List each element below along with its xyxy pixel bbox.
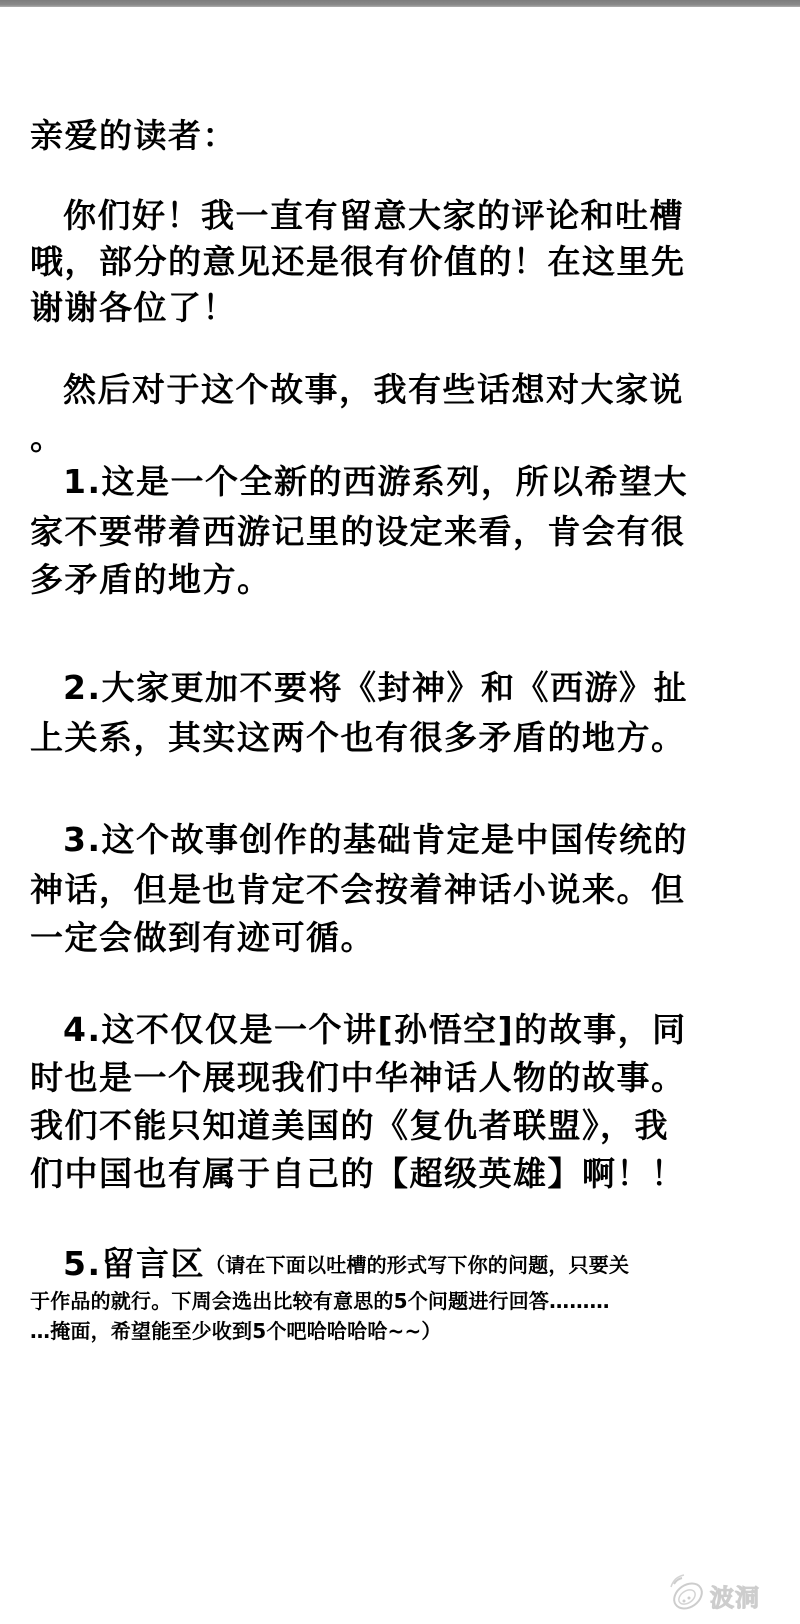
point1-line-3: 多矛盾的地方。	[30, 560, 272, 600]
watermark-text: 波洞	[710, 1578, 760, 1613]
comment-section-heading: 5.留言区	[63, 1244, 205, 1283]
point2-line-2: 上关系，其实这两个也有很多矛盾的地方。	[30, 718, 686, 758]
transition-line-1: 然后对于这个故事，我有些话想对大家说	[30, 370, 684, 410]
point1-line-2: 家不要带着西游记里的设定来看，肯会有很	[30, 512, 686, 552]
transition-line-2: 。	[30, 418, 65, 458]
comment-note-line-2: 于作品的就行。下周会选出比较有意思的5个问题进行回答………	[30, 1288, 610, 1314]
point1-line-1: 1.这是一个全新的西游系列，所以希望大	[30, 462, 688, 502]
point3-line-3: 一定会做到有迹可循。	[30, 918, 375, 958]
point4-line-1: 4.这不仅仅是一个讲[孙悟空]的故事，同	[30, 1010, 687, 1050]
watermark: 波洞	[668, 1574, 788, 1616]
point4-line-3: 我们不能只知道美国的《复仇者联盟》，我	[30, 1106, 669, 1146]
point4-line-2: 时也是一个展现我们中华神话人物的故事。	[30, 1058, 686, 1098]
intro-line-2: 哦，部分的意见还是很有价值的！在这里先	[30, 242, 686, 282]
greeting: 亲爱的读者：	[30, 116, 237, 156]
point3-line-2: 神话，但是也肯定不会按着神话小说来。但	[30, 870, 686, 910]
intro-line-1: 你们好！我一直有留意大家的评论和吐槽	[30, 196, 684, 236]
intro-line-3: 谢谢各位了！	[30, 288, 237, 328]
point4-line-4: 们中国也有属于自己的【超级英雄】啊！！	[30, 1154, 686, 1194]
top-edge-bar	[0, 0, 800, 7]
point2-line-1: 2.大家更加不要将《封神》和《西游》扯	[30, 668, 688, 708]
point3-line-1: 3.这个故事创作的基础肯定是中国传统的	[30, 820, 688, 860]
bodong-logo-icon	[668, 1574, 706, 1616]
point5-line-1: 5.留言区（请在下面以吐槽的形式写下你的问题，只要关	[30, 1244, 629, 1285]
comment-note-line-3: …掩面，希望能至少收到5个吧哈哈哈哈~~）	[30, 1318, 442, 1344]
comment-note-line-1: （请在下面以吐槽的形式写下你的问题，只要关	[205, 1253, 629, 1277]
